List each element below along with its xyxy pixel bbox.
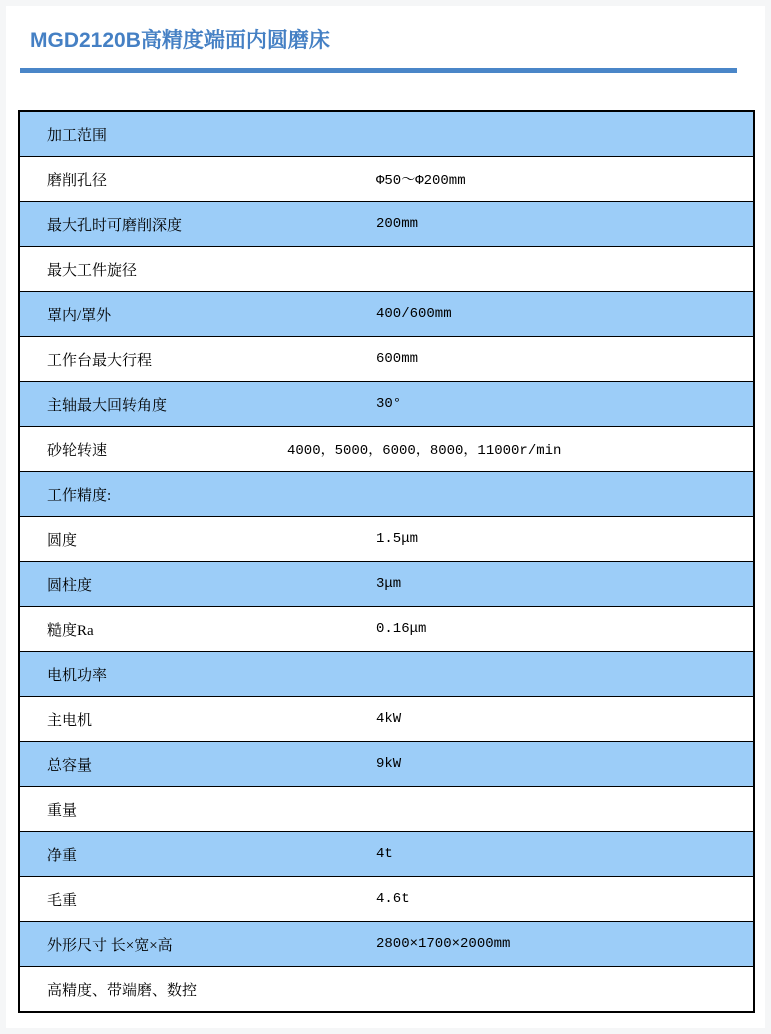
spec-label: 罩内/罩外	[20, 304, 280, 325]
spec-label: 圆柱度	[20, 574, 280, 595]
table-row: 磨削孔径 Φ50～Φ200mm	[20, 157, 753, 202]
spec-label: 工作精度:	[20, 484, 280, 505]
spec-label: 磨削孔径	[20, 169, 280, 190]
spec-label: 净重	[20, 844, 280, 865]
table-row: 圆柱度 3μm	[20, 562, 753, 607]
page-title: MGD2120B高精度端面内圆磨床	[30, 24, 330, 54]
spec-table: 加工范围 磨削孔径 Φ50～Φ200mm 最大孔时可磨削深度 200mm 最大工…	[18, 110, 755, 1013]
table-row: 工作精度:	[20, 472, 753, 517]
spec-value: 1.5μm	[280, 531, 753, 547]
table-row: 最大工件旋径	[20, 247, 753, 292]
table-row: 砂轮转速 4000，5000，6000，8000，11000r/min	[20, 427, 753, 472]
spec-label: 重量	[20, 799, 280, 820]
spec-label: 主轴最大回转角度	[20, 394, 280, 415]
spec-value: 200mm	[280, 216, 753, 232]
table-row: 主轴最大回转角度 30°	[20, 382, 753, 427]
spec-label: 总容量	[20, 754, 280, 775]
spec-value: 400/600mm	[280, 306, 753, 322]
spec-label: 电机功率	[20, 664, 280, 685]
spec-value: 600mm	[280, 351, 753, 367]
spec-value: Φ50～Φ200mm	[280, 169, 753, 189]
table-row: 毛重 4.6t	[20, 877, 753, 922]
table-row: 主电机 4kW	[20, 697, 753, 742]
spec-value: 2800×1700×2000mm	[280, 936, 753, 952]
spec-label: 最大孔时可磨削深度	[20, 214, 280, 235]
table-row: 罩内/罩外 400/600mm	[20, 292, 753, 337]
title-underline-rule	[20, 68, 737, 73]
spec-label: 高精度、带端磨、数控	[20, 979, 280, 1000]
spec-label: 工作台最大行程	[20, 349, 280, 370]
table-row: 总容量 9kW	[20, 742, 753, 787]
table-row: 电机功率	[20, 652, 753, 697]
spec-value: 30°	[280, 396, 753, 412]
table-row: 工作台最大行程 600mm	[20, 337, 753, 382]
spec-value: 4.6t	[280, 891, 753, 907]
table-row: 外形尺寸 长×宽×高 2800×1700×2000mm	[20, 922, 753, 967]
spec-label: 糙度Ra	[20, 619, 280, 640]
spec-label: 最大工件旋径	[20, 259, 280, 280]
table-row: 高精度、带端磨、数控	[20, 967, 753, 1011]
spec-label: 主电机	[20, 709, 280, 730]
table-row: 重量	[20, 787, 753, 832]
table-row: 净重 4t	[20, 832, 753, 877]
table-row: 最大孔时可磨削深度 200mm	[20, 202, 753, 247]
table-row: 加工范围	[20, 112, 753, 157]
spec-value: 3μm	[280, 576, 753, 592]
spec-label: 加工范围	[20, 124, 280, 145]
spec-label: 外形尺寸 长×宽×高	[20, 934, 280, 955]
spec-label: 砂轮转速	[20, 439, 280, 460]
spec-label: 圆度	[20, 529, 280, 550]
table-row: 圆度 1.5μm	[20, 517, 753, 562]
spec-value: 9kW	[280, 756, 753, 772]
spec-value: 4kW	[280, 711, 753, 727]
spec-value: 4t	[280, 846, 753, 862]
spec-label: 毛重	[20, 889, 280, 910]
spec-value: 4000，5000，6000，8000，11000r/min	[280, 439, 753, 459]
spec-value: 0.16μm	[280, 621, 753, 637]
table-row: 糙度Ra 0.16μm	[20, 607, 753, 652]
